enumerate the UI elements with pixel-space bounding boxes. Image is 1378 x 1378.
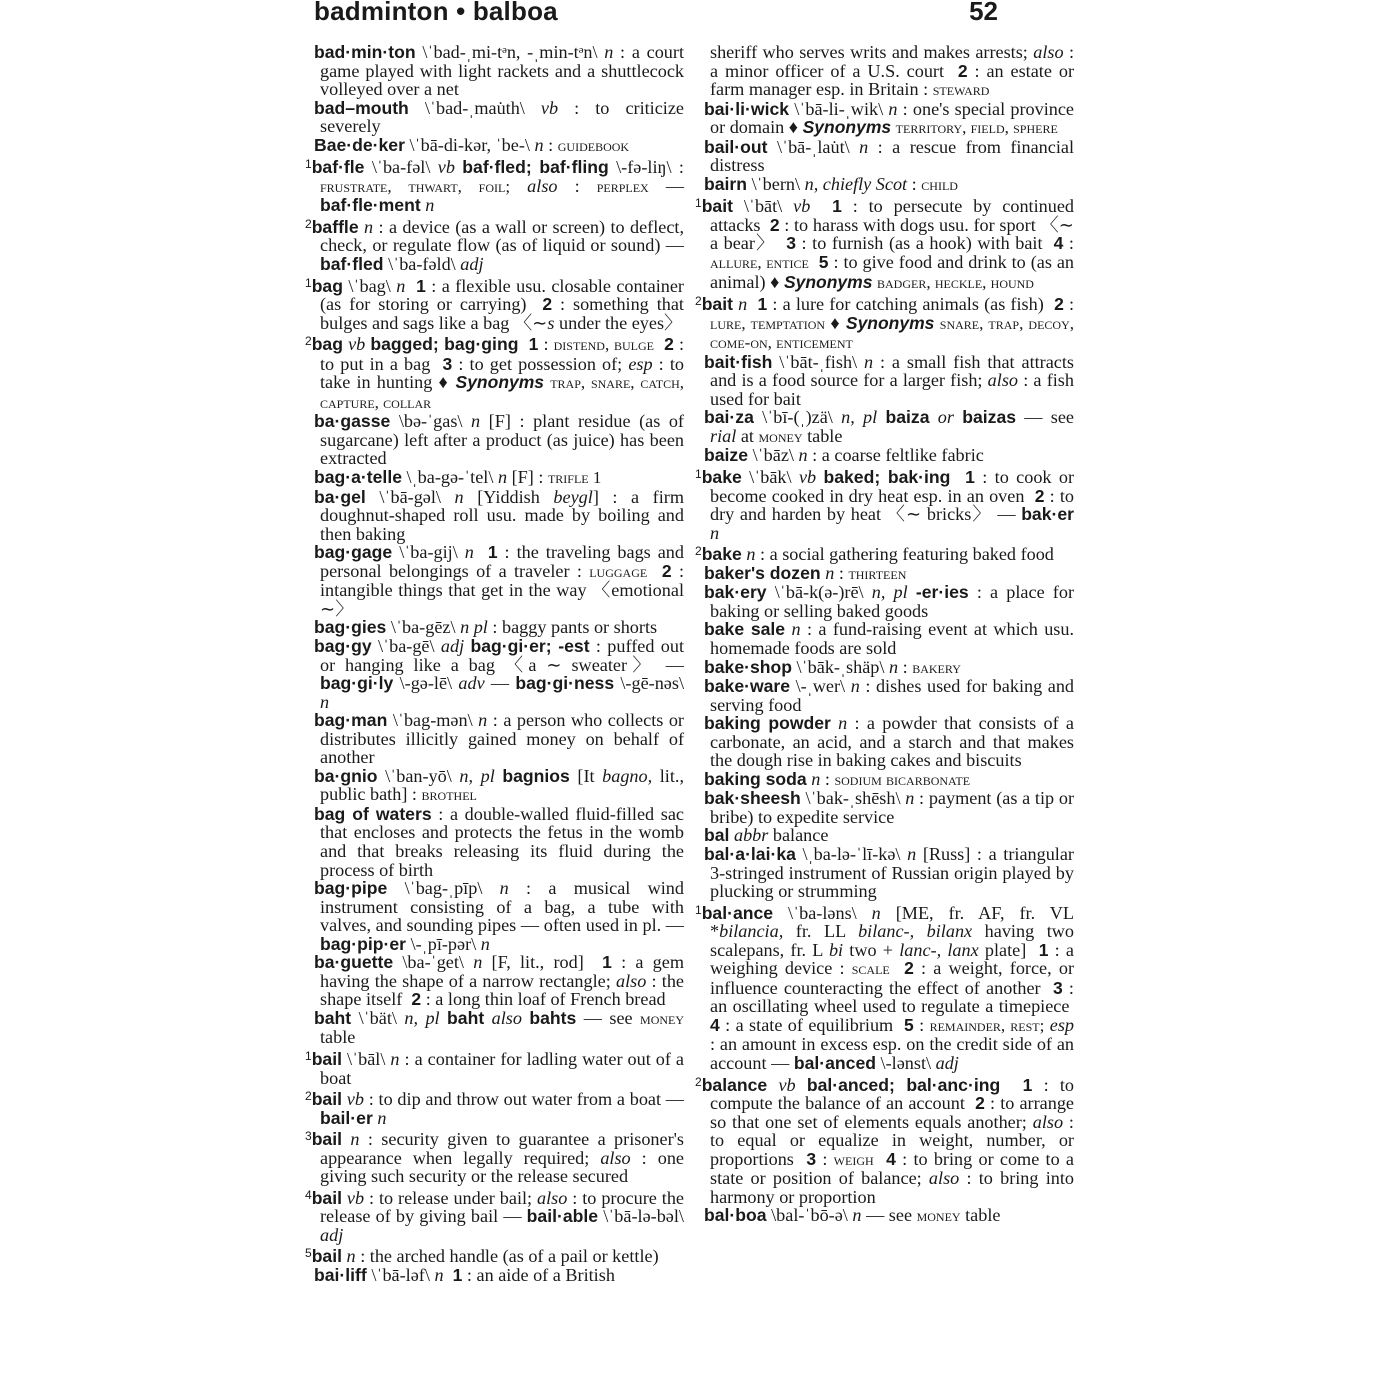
dictionary-entry: bal·a·lai·ka \ˌba-lə-ˈlī-kə\ n [Russ] : … xyxy=(704,845,1074,901)
dictionary-entry: 2bake n : a social gathering featuring b… xyxy=(704,542,1074,564)
dictionary-entry: 2bait n 1 : a lure for catching animals … xyxy=(704,292,1074,353)
dictionary-entry: ba·gnio \ˈban-yō\ n, pl bagnios [It bagn… xyxy=(314,767,684,805)
dictionary-entry: bak·ery \ˈbā-k(ə-)rē\ n, pl -er·ies : a … xyxy=(704,583,1074,620)
dictionary-entry: bag·gies \ˈba-gēz\ n pl : baggy pants or… xyxy=(314,618,684,637)
dictionary-entry: 1baf·fle \ˈba-fəl\ vb baf·fled; baf·flin… xyxy=(314,155,684,215)
dictionary-entry: 2bag vb bagged; bag·ging 1 : distend, bu… xyxy=(314,332,684,412)
dictionary-entry: bake·ware \-ˌwer\ n : dishes used for ba… xyxy=(704,677,1074,714)
dictionary-entry: 1bag \ˈbag\ n 1 : a flexible usu. closab… xyxy=(314,274,684,333)
dictionary-entry: 4bail vb : to release under bail; also :… xyxy=(314,1186,684,1245)
dictionary-entry: Bae·de·ker \ˈbā-di-kər, ˈbe-\ n : guideb… xyxy=(314,136,684,156)
dictionary-entry: bag·a·telle \ˌba-gə-ˈtel\ n [F] : trifle… xyxy=(314,468,684,488)
dictionary-entry: 1bal·ance \ˈba-ləns\ n [ME, fr. AF, fr. … xyxy=(704,901,1074,1073)
dictionary-entry: bai·za \ˈbī-(ˌ)zä\ n, pl baiza or baizas… xyxy=(704,408,1074,446)
dictionary-entry: bag·man \ˈbag-mən\ n : a person who coll… xyxy=(314,711,684,767)
dictionary-entry: bag·gage \ˈba-gij\ n 1 : the traveling b… xyxy=(314,543,684,618)
dictionary-entry: baking powder n : a powder that consists… xyxy=(704,714,1074,770)
dictionary-entry: 2balance vb bal·anced; bal·anc·ing 1 : t… xyxy=(704,1073,1074,1207)
dictionary-entry: bai·li·wick \ˈbā-li-ˌwik\ n : one's spec… xyxy=(704,100,1074,138)
dictionary-entry: baize \ˈbāz\ n : a coarse feltlike fabri… xyxy=(704,446,1074,465)
dictionary-entry: bag·gy \ˈba-gē\ adj bag·gi·er; -est : pu… xyxy=(314,637,684,711)
dictionary-entry: bag·pipe \ˈbag-ˌpīp\ n : a musical wind … xyxy=(314,879,684,953)
dictionary-entry: bal·boa \bal-ˈbō-ə\ n — see money table xyxy=(704,1206,1074,1226)
dictionary-entry: 2bail vb : to dip and throw out water fr… xyxy=(314,1087,684,1127)
dictionary-entry: baking soda n : sodium bicarbonate xyxy=(704,770,1074,790)
dictionary-entry: ba·gel \ˈbā-gəl\ n [Yiddish beygl] : a f… xyxy=(314,488,684,544)
left-column: bad·min·ton \ˈbad-ˌmi-tᵊn, -ˌmin-tᵊn\ n … xyxy=(314,43,684,1285)
dictionary-entry: 1bail \ˈbāl\ n : a container for ladling… xyxy=(314,1047,684,1087)
dictionary-entry: bal abbr balance xyxy=(704,826,1074,845)
dictionary-entry: bake sale n : a fund-raising event at wh… xyxy=(704,620,1074,657)
page-number: 52 xyxy=(969,0,998,27)
dictionary-entry: bairn \ˈbern\ n, chiefly Scot : child xyxy=(704,175,1074,195)
dictionary-entry: bak·sheesh \ˈbak-ˌshēsh\ n : payment (as… xyxy=(704,789,1074,826)
dictionary-entry: sheriff who serves writs and makes arres… xyxy=(704,43,1074,100)
dictionary-entry: bait·fish \ˈbāt-ˌfish\ n : a small fish … xyxy=(704,353,1074,409)
dictionary-entry: bake·shop \ˈbāk-ˌshäp\ n : bakery xyxy=(704,658,1074,678)
dictionary-entry: ba·gasse \bə-ˈgas\ n [F] : plant residue… xyxy=(314,412,684,468)
dictionary-entry: baker's dozen n : thirteen xyxy=(704,564,1074,584)
right-column: sheriff who serves writs and makes arres… xyxy=(704,43,1074,1226)
page-header: badminton • balboa 52 xyxy=(314,0,1004,32)
dictionary-entry: ba·guette \ba-ˈget\ n [F, lit., rod] 1 :… xyxy=(314,953,684,1009)
dictionary-entry: bail·out \ˈbā-ˌlau̇t\ n : a rescue from … xyxy=(704,138,1074,175)
dictionary-entry: 5bail n : the arched handle (as of a pai… xyxy=(314,1244,684,1266)
dictionary-entry: baht \ˈbät\ n, pl baht also bahts — see … xyxy=(314,1009,684,1047)
dictionary-entry: bad–mouth \ˈbad-ˌmau̇th\ vb : to critici… xyxy=(314,99,684,136)
dictionary-entry: 1bake \ˈbāk\ vb baked; bak·ing 1 : to co… xyxy=(704,465,1074,542)
guide-words: badminton • balboa xyxy=(314,0,558,27)
dictionary-entry: bag of waters : a double-walled fluid-fi… xyxy=(314,805,684,879)
dictionary-entry: bai·liff \ˈbā-ləf\ n 1 : an aide of a Br… xyxy=(314,1266,684,1285)
dictionary-entry: 3bail n : security given to guarantee a … xyxy=(314,1127,684,1186)
dictionary-entry: bad·min·ton \ˈbad-ˌmi-tᵊn, -ˌmin-tᵊn\ n … xyxy=(314,43,684,99)
dictionary-entry: 1bait \ˈbāt\ vb 1 : to persecute by cont… xyxy=(704,194,1074,292)
dictionary-entry: 2baffle n : a device (as a wall or scree… xyxy=(314,215,684,274)
